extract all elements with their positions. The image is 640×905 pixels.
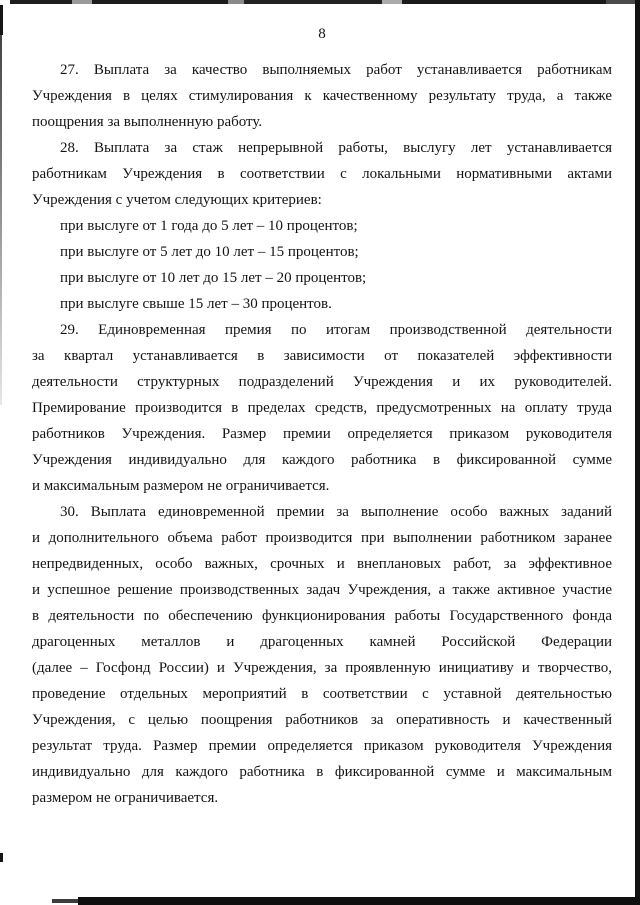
text-line: Учреждения, с целью поощрения работников… (32, 707, 612, 733)
scanned-document-page: 8 27. Выплата за качество выполняемых ра… (0, 0, 640, 905)
text-line: Премирование производится в пределах сре… (32, 395, 612, 421)
text-line: при выслуге от 1 года до 5 лет – 10 проц… (32, 213, 612, 239)
text-line: и успешное решение производственных зада… (32, 577, 612, 603)
text-line: (далее – Госфонд России) и Учреждения, з… (32, 655, 612, 681)
text-line: 28. Выплата за стаж непрерывной работы, … (32, 135, 612, 161)
page-number: 8 (32, 24, 612, 44)
text-line: 29. Единовременная премия по итогам прои… (32, 317, 612, 343)
text-line: деятельности структурных подразделений У… (32, 369, 612, 395)
text-line: драгоценных металлов и драгоценных камне… (32, 629, 612, 655)
text-line: Учреждения индивидуально для каждого раб… (32, 447, 612, 473)
text-line: работников Учреждения. Размер премии опр… (32, 421, 612, 447)
text-line: проведение отдельных мероприятий в соотв… (32, 681, 612, 707)
text-line: при выслуге от 10 лет до 15 лет – 20 про… (32, 265, 612, 291)
text-line: результат труда. Размер премии определяе… (32, 733, 612, 759)
paragraph-30: 30. Выплата единовременной премии за вып… (32, 499, 612, 811)
text-line: Учреждения в целях стимулирования к каче… (32, 83, 612, 109)
scan-artifact-top-edge (10, 0, 640, 4)
text-line: и максимальным размером не ограничиваетс… (32, 473, 612, 499)
text-line: работникам Учреждения в соответствии с л… (32, 161, 612, 187)
paragraph-29: 29. Единовременная премия по итогам прои… (32, 317, 612, 499)
text-line: при выслуге от 5 лет до 10 лет – 15 проц… (32, 239, 612, 265)
scan-artifact-left-tick (0, 853, 3, 862)
paragraph-28: 28. Выплата за стаж непрерывной работы, … (32, 135, 612, 317)
text-line: размером не ограничивается. (32, 785, 612, 811)
text-line: индивидуально для каждого работника в фи… (32, 759, 612, 785)
text-line: при выслуге свыше 15 лет – 30 процентов. (32, 291, 612, 317)
text-line: 27. Выплата за качество выполняемых рабо… (32, 57, 612, 83)
text-line: в деятельности по обеспечению функционир… (32, 603, 612, 629)
text-line: непредвиденных, особо важных, срочных и … (32, 551, 612, 577)
document-text: 27. Выплата за качество выполняемых рабо… (32, 57, 612, 811)
scan-artifact-left-line (0, 35, 2, 405)
paragraph-27: 27. Выплата за качество выполняемых рабо… (32, 57, 612, 135)
scan-artifact-left-edge (0, 5, 3, 35)
scan-artifact-right-edge (635, 0, 640, 905)
text-line: Учреждения с учетом следующих критериев: (32, 187, 612, 213)
text-line: за квартал устанавливается в зависимости… (32, 343, 612, 369)
text-line: поощрения за выполненную работу. (32, 109, 612, 135)
scan-artifact-bottom-edge (78, 897, 640, 905)
text-line: и дополнительного объема работ производи… (32, 525, 612, 551)
text-line: 30. Выплата единовременной премии за вып… (32, 499, 612, 525)
